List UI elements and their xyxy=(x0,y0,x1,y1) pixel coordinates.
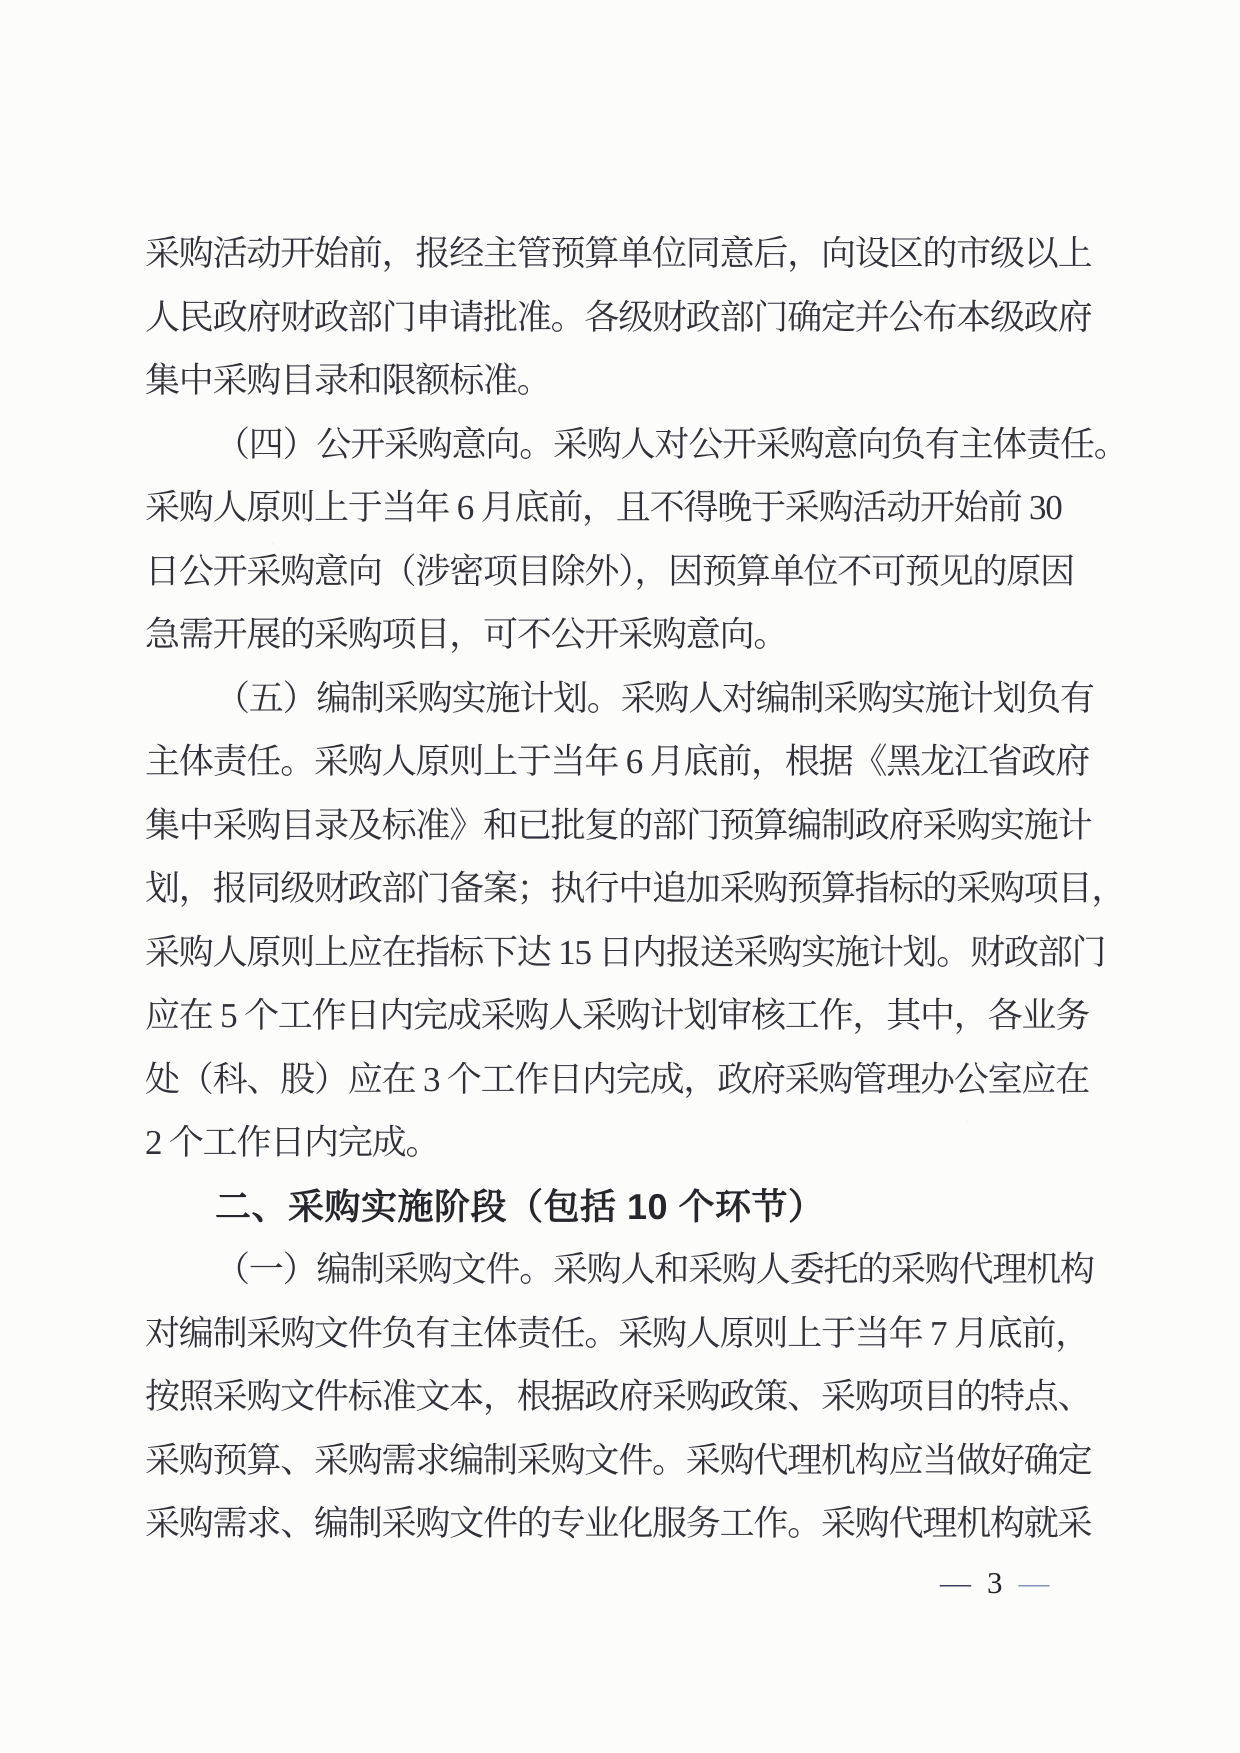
text-line: 处（科、股）应在 3 个工作日内完成，政府采购管理办公室应在 xyxy=(145,1048,1090,1112)
text-line: （四）公开采购意向。采购人对公开采购意向负有主体责任。 xyxy=(145,413,1090,477)
text-line: 应在 5 个工作日内完成采购人采购计划审核工作，其中，各业务 xyxy=(145,984,1090,1048)
text-line: 采购人原则上于当年 6 月底前，且不得晚于采购活动开始前 30 xyxy=(145,476,1090,540)
text-line: 划，报同级财政部门备案；执行中追加采购预算指标的采购项目， xyxy=(145,857,1090,921)
text-line: 采购需求、编制采购文件的专业化服务工作。采购代理机构就采 xyxy=(145,1492,1090,1556)
text-line: （五）编制采购实施计划。采购人对编制采购实施计划负有 xyxy=(145,667,1090,731)
text-line: 采购人原则上应在指标下达 15 日内报送采购实施计划。财政部门 xyxy=(145,921,1090,985)
text-line: 采购预算、采购需求编制采购文件。采购代理机构应当做好确定 xyxy=(145,1429,1090,1493)
text-line: 集中采购目录和限额标准。 xyxy=(145,349,1090,413)
text-line: （一）编制采购文件。采购人和采购人委托的采购代理机构 xyxy=(145,1238,1090,1302)
text-line: 人民政府财政部门申请批准。各级财政部门确定并公布本级政府 xyxy=(145,286,1090,350)
text-line: 急需开展的采购项目，可不公开采购意向。 xyxy=(145,603,1090,667)
page-number: —3— xyxy=(940,1560,1100,1606)
page-number-dash-left: — xyxy=(940,1565,973,1600)
text-block: 采购活动开始前，报经主管预算单位同意后，向设区的市级以上人民政府财政部门申请批准… xyxy=(145,222,1090,1556)
text-line: 对编制采购文件负有主体责任。采购人原则上于当年 7 月底前， xyxy=(145,1302,1090,1366)
text-line: 主体责任。采购人原则上于当年 6 月底前，根据《黑龙江省政府 xyxy=(145,730,1090,794)
text-line: 按照采购文件标准文本，根据政府采购政策、采购项目的特点、 xyxy=(145,1365,1090,1429)
document-page: 采购活动开始前，报经主管预算单位同意后，向设区的市级以上人民政府财政部门申请批准… xyxy=(0,0,1240,1753)
page-number-value: 3 xyxy=(973,1565,1019,1600)
text-line: 集中采购目录及标准》和已批复的部门预算编制政府采购实施计 xyxy=(145,794,1090,858)
page-number-dash-right: — xyxy=(1019,1565,1052,1600)
section-heading: 二、采购实施阶段（包括 10 个环节） xyxy=(145,1175,1090,1239)
text-line: 日公开采购意向（涉密项目除外），因预算单位不可预见的原因 xyxy=(145,540,1090,604)
text-line: 采购活动开始前，报经主管预算单位同意后，向设区的市级以上 xyxy=(145,222,1090,286)
text-line: 2 个工作日内完成。 xyxy=(145,1111,1090,1175)
